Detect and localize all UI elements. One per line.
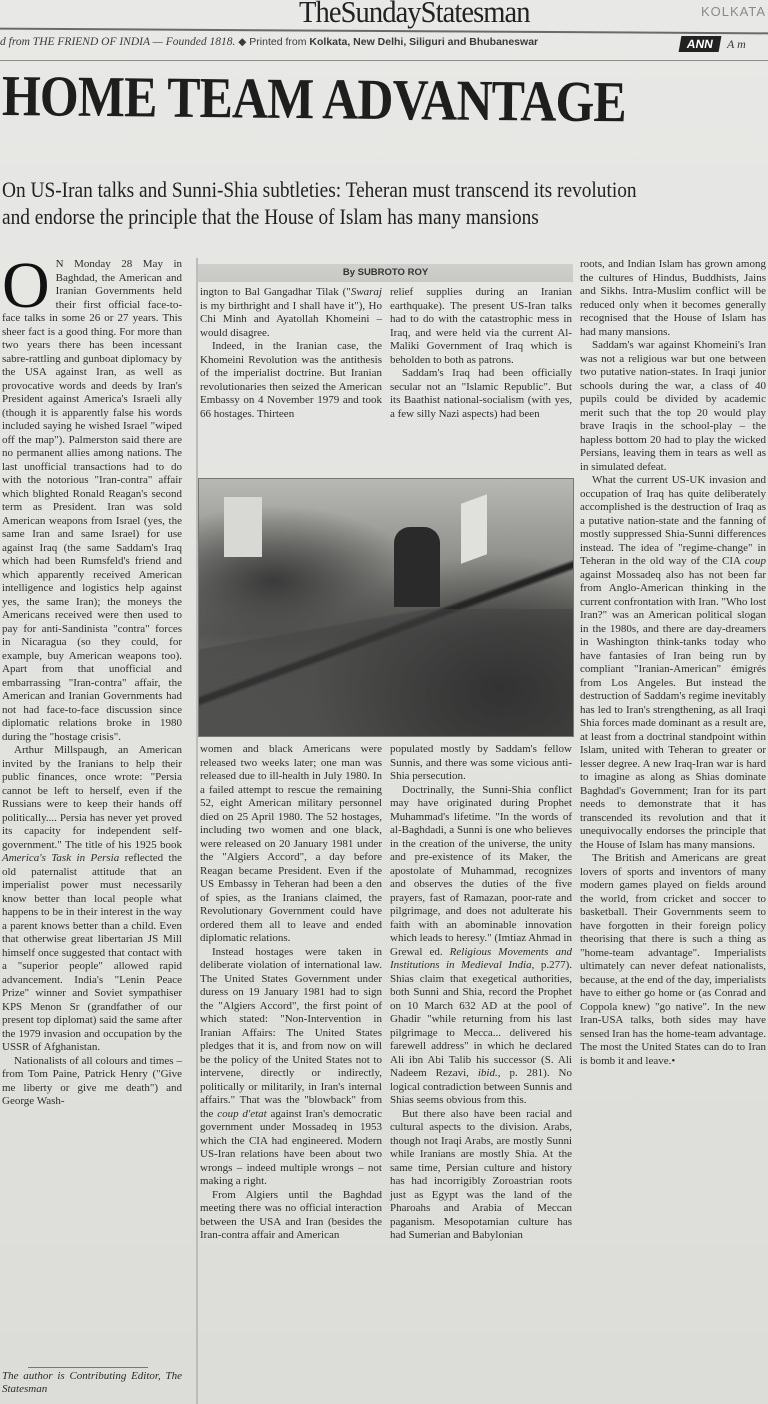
- paragraph: Saddam's war against Khomeini's Iran was…: [580, 339, 766, 474]
- column-1: O N Monday 28 May in Baghdad, the Americ…: [2, 258, 182, 1109]
- newspaper-page: TheSundayStatesman KOLKATA d from THE FR…: [0, 0, 768, 1404]
- tagline-founded: d from THE FRIEND OF INDIA — Founded 181…: [0, 36, 235, 48]
- ann-logo-icon: ANN: [679, 36, 722, 52]
- newspaper-title: TheSundayStatesman: [299, 0, 530, 30]
- paragraph: Saddam's Iraq had been officially secula…: [390, 367, 572, 421]
- tagline-cities: Kolkata, New Delhi, Siliguri and Bhubane…: [309, 36, 538, 48]
- deck-line-1: On US-Iran talks and Sunni-Shia subtleti…: [2, 176, 661, 203]
- meeting-photo: [198, 478, 574, 737]
- column-gutter: [196, 258, 198, 1404]
- column-2-bottom: women and black Americans were released …: [200, 743, 382, 1243]
- byline: By SUBROTO ROY: [198, 264, 573, 282]
- column-4: roots, and Indian Islam has grown among …: [580, 258, 766, 1068]
- column-2-top: ington to Bal Gangadhar Tilak ("Swaraj i…: [200, 286, 382, 421]
- tagline-printed: ◆ Printed from Kolkata, New Delhi, Silig…: [238, 36, 538, 48]
- author-note: The author is Contributing Editor, The S…: [2, 1370, 182, 1396]
- paragraph: But there also have been racial and cult…: [390, 1108, 572, 1243]
- edition-city: KOLKATA: [701, 4, 766, 19]
- masthead: TheSundayStatesman KOLKATA: [0, 0, 768, 28]
- deck-line-2: and endorse the principle that the House…: [2, 203, 661, 230]
- photo-ac-unit: [224, 497, 262, 557]
- column-3-bottom: populated mostly by Saddam's fellow Sunn…: [390, 743, 572, 1243]
- paragraph: populated mostly by Saddam's fellow Sunn…: [390, 743, 572, 784]
- paragraph: Doctrinally, the Sunni-Shia conflict may…: [390, 784, 572, 1108]
- column-3-top: relief supplies during an Iranian earthq…: [390, 286, 572, 421]
- photo-conference-table: [199, 609, 574, 737]
- photo-flag: [461, 494, 487, 563]
- book-title: America's Task in Persia: [2, 852, 119, 864]
- photo-standing-figure: [394, 527, 440, 607]
- paragraph: relief supplies during an Iranian earthq…: [390, 286, 572, 367]
- article-deck: On US-Iran talks and Sunni-Shia subtleti…: [2, 176, 661, 230]
- paragraph: Arthur Millspaugh, an American invited b…: [2, 744, 182, 1055]
- drop-cap: O: [2, 260, 50, 312]
- paragraph: From Algiers until the Baghdad meeting t…: [200, 1189, 382, 1243]
- masthead-tagline: d from THE FRIEND OF INDIA — Founded 181…: [0, 36, 768, 58]
- tagline-tail: A m: [727, 37, 746, 52]
- paragraph: O N Monday 28 May in Baghdad, the Americ…: [2, 258, 182, 744]
- paragraph: ington to Bal Gangadhar Tilak ("Swaraj i…: [200, 286, 382, 340]
- paragraph: What the current US-UK invasion and occu…: [580, 474, 766, 852]
- paragraph: Indeed, in the Iranian case, the Khomein…: [200, 340, 382, 421]
- paragraph: The British and Americans are great love…: [580, 852, 766, 1068]
- paragraph: women and black Americans were released …: [200, 743, 382, 946]
- header-divider: [0, 60, 768, 61]
- paragraph: roots, and Indian Islam has grown among …: [580, 258, 766, 339]
- paragraph: Nationalists of all colours and times – …: [2, 1055, 182, 1109]
- paragraph: Instead hostages were taken in deliberat…: [200, 946, 382, 1189]
- footnote-divider: [28, 1367, 148, 1368]
- article-headline: HOME TEAM ADVANTAGE: [2, 66, 661, 133]
